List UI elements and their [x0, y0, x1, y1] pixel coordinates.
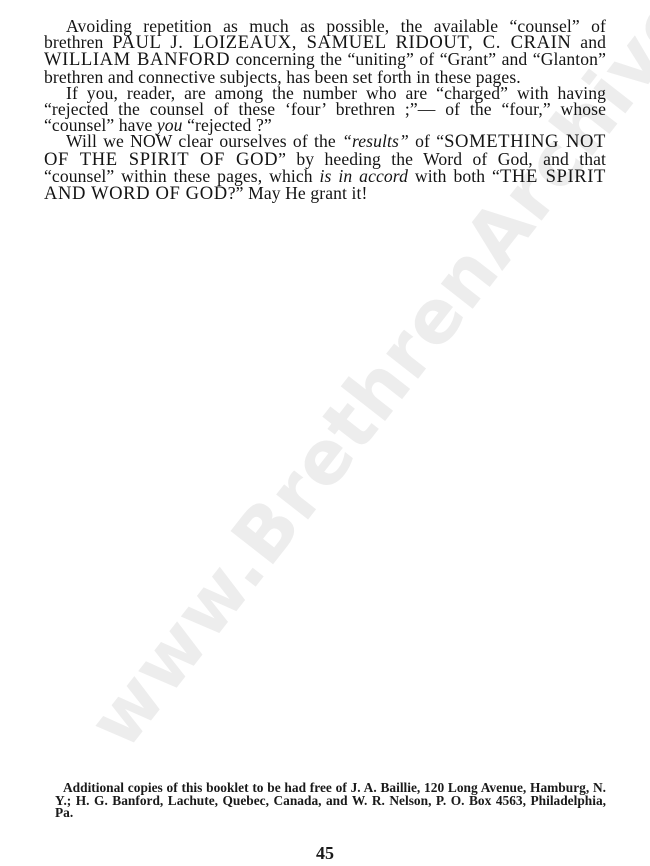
document-page: Avoiding repetition as much as possible,… — [0, 0, 650, 866]
text-segment: with both “ — [408, 166, 500, 186]
body-text: Avoiding repetition as much as possible,… — [44, 18, 606, 202]
text-segment: ?” May He grant it! — [228, 183, 368, 203]
paragraph-1: Avoiding repetition as much as possible,… — [44, 18, 606, 85]
page-number: 45 — [0, 843, 650, 864]
footer-note: Additional copies of this booklet to be … — [55, 782, 606, 820]
paragraph-2: If you, reader, are among the number who… — [44, 85, 606, 134]
text-segment: If you, reader, are among the number who… — [44, 83, 606, 135]
paragraph-3: Will we NOW clear ourselves of the “resu… — [44, 133, 606, 202]
footer-note-text: Additional copies of this booklet to be … — [55, 782, 606, 820]
